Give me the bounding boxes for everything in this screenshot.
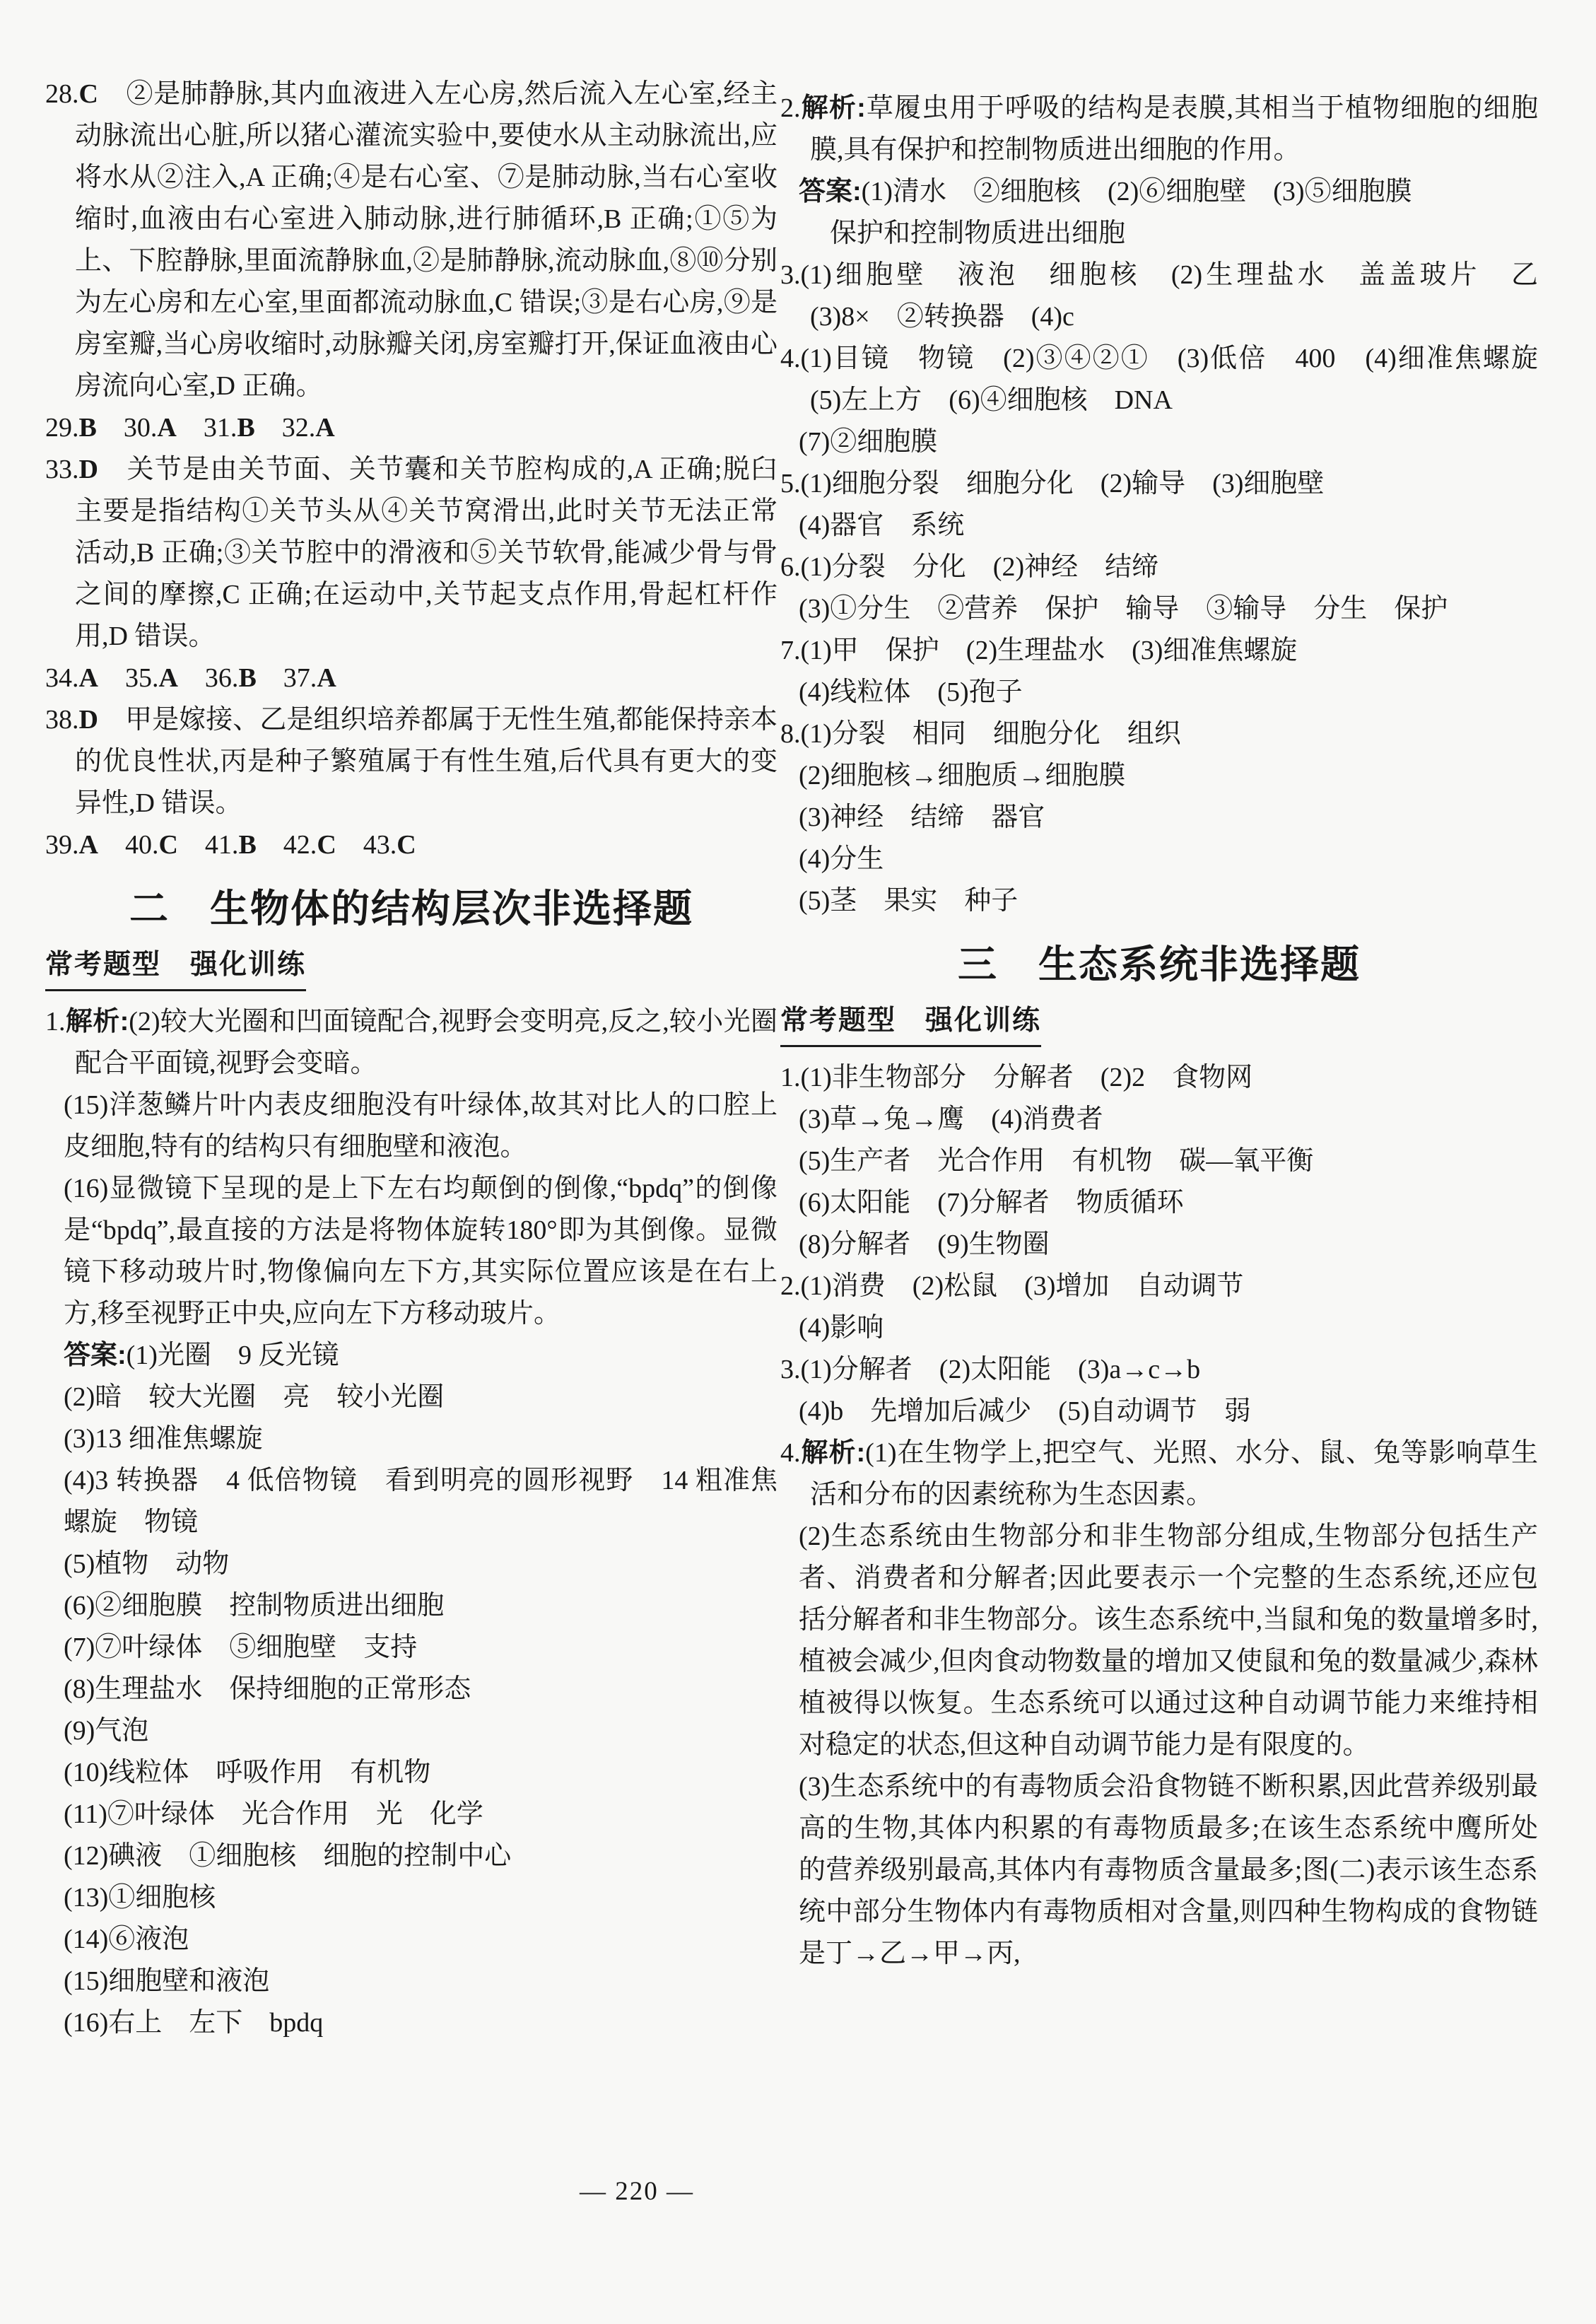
item-number: 34. [45, 663, 79, 693]
answer-subline: (16)右上 左下 bpdq [64, 2002, 778, 2044]
scanned-answer-page: 28.C ②是肺静脉,其内血液进入左心房,然后流入左心室,经主动脉流出心脏,所以… [0, 0, 1596, 2324]
answer-subline: (12)碘液 ①细胞核 细胞的控制中心 [64, 1835, 778, 1877]
answer-text: (4)影响 [799, 1313, 884, 1343]
answer-item: 3.(1)分解者 (2)太阳能 (3)a→c→b [780, 1349, 1538, 1391]
answer-text: (1)甲 保护 (2)生理盐水 (3)细准焦螺旋 [801, 636, 1298, 665]
answer-item: 6.(1)分裂 分化 (2)神经 结缔 [780, 547, 1538, 588]
answer-letter: A [79, 830, 98, 860]
answer-letter: A [79, 663, 98, 693]
answer-text: (1)分裂 分化 (2)神经 结缔 [801, 552, 1159, 582]
answer-item: 1.(1)非生物部分 分解者 (2)2 食物网 [780, 1057, 1538, 1099]
right-column: 2.解析:草履虫用于呼吸的结构是表膜,其相当于植物细胞的细胞膜,具有保护和控制物… [780, 88, 1538, 1975]
bold-label: 答案: [799, 177, 862, 206]
answer-text: (12)碘液 ①细胞核 细胞的控制中心 [64, 1841, 511, 1871]
answer-text: (16)显微镜下呈现的是上下左右均颠倒的倒像,“bpdq”的倒像是“bpdq”,… [64, 1174, 778, 1329]
answer-subline: (3)①分生 ②营养 保护 输导 ③输导 分生 保护 [799, 588, 1538, 630]
answer-letter: D [79, 455, 98, 484]
answer-text: (1)细胞壁 液泡 细胞核 (2)生理盐水 盖盖玻片 乙 (3)8× ②转换器 … [801, 260, 1566, 332]
answer-text: (1)分裂 相同 细胞分化 组织 [801, 719, 1181, 749]
answer-item: 2.解析:草履虫用于呼吸的结构是表膜,其相当于植物细胞的细胞膜,具有保护和控制物… [780, 88, 1538, 171]
item-number: 6. [780, 552, 801, 582]
bold-label: 解析: [66, 1007, 129, 1037]
item-number: 37. [257, 663, 317, 693]
item-number: 43. [336, 830, 397, 860]
answer-text: (4)线粒体 (5)孢子 [799, 677, 1023, 707]
item-number: 33. [45, 455, 79, 484]
answer-text: 保护和控制物质进出细胞 [830, 218, 1125, 248]
answer-item: 1.解析:(2)较大光圈和凹面镜配合,视野会变明亮,反之,较小光圈配合平面镜,视… [45, 1001, 778, 1085]
answer-subline: (2)暗 较大光圈 亮 较小光圈 [64, 1377, 778, 1418]
answer-letter: C [317, 830, 336, 860]
answer-text: (2)较大光圈和凹面镜配合,视野会变明亮,反之,较小光圈配合平面镜,视野会变暗。 [75, 1007, 778, 1078]
page-number: — 220 — [536, 2176, 738, 2207]
answer-text: (10)线粒体 呼吸作用 有机物 [64, 1758, 430, 1787]
item-number: 3. [780, 1355, 801, 1384]
item-number: 1. [45, 1007, 66, 1037]
answer-subline: (2)生态系统由生物部分和非生物部分组成,生物部分包括生产者、消费者和分解者;因… [799, 1516, 1538, 1766]
answer-subline: (14)⑥液泡 [64, 1919, 778, 1961]
answer-text: (1)在生物学上,把空气、光照、水分、鼠、兔等影响草生活和分布的因素统称为生态因… [810, 1438, 1538, 1510]
answer-text: (8)分解者 (9)生物圈 [799, 1230, 1050, 1259]
answer-subline: (9)气泡 [64, 1710, 778, 1752]
answer-text: (11)⑦叶绿体 光合作用 光 化学 [64, 1799, 483, 1829]
answer-subline: 答案:(1)光圈 9 反光镜 [64, 1335, 778, 1377]
exam-type-header-text: 常考题型 强化训练 [45, 949, 306, 991]
answer-item: 28.C ②是肺静脉,其内血液进入左心房,然后流入左心室,经主动脉流出心脏,所以… [45, 74, 778, 407]
answer-text: (1)分解者 (2)太阳能 (3)a→c→b [801, 1355, 1201, 1384]
answer-text: (16)右上 左下 bpdq [64, 2008, 323, 2038]
answer-item: 4.(1)目镜 物镜 (2)③④②① (3)低倍 400 (4)细准焦螺旋 (5… [780, 338, 1538, 421]
exam-type-header: 常考题型 强化训练 [45, 945, 778, 991]
section-title: 二 生物体的结构层次非选择题 [45, 884, 778, 933]
answer-text: 关节是由关节面、关节囊和关节腔构成的,A 正确;脱臼主要是指结构①关节头从④关节… [75, 455, 778, 651]
item-number: 39. [45, 830, 79, 860]
choice-answer-row: 39.A 40.C 41.B 42.C 43.C [45, 824, 778, 866]
answer-subline: (13)①细胞核 [64, 1877, 778, 1919]
answer-text: (1)清水 ②细胞核 (2)⑥细胞壁 (3)⑤细胞膜 [862, 177, 1412, 206]
answer-text: (7)②细胞膜 [799, 427, 937, 457]
answer-subline: (5)茎 果实 种子 [799, 880, 1538, 922]
answer-subline: (3)生态系统中的有毒物质会沿食物链不断积累,因此营养级别最高的生物,其体内积累… [799, 1766, 1538, 1975]
answer-subline: (11)⑦叶绿体 光合作用 光 化学 [64, 1794, 778, 1835]
left-column: 28.C ②是肺静脉,其内血液进入左心房,然后流入左心室,经主动脉流出心脏,所以… [45, 74, 778, 2044]
answer-text: (4)器官 系统 [799, 510, 964, 540]
item-number: 4. [780, 1438, 801, 1468]
answer-text: (3)草→兔→鹰 (4)消费者 [799, 1104, 1103, 1134]
answer-text: (2)细胞核→细胞质→细胞膜 [799, 761, 1125, 790]
answer-text: (1)目镜 物镜 (2)③④②① (3)低倍 400 (4)细准焦螺旋 (5)左… [801, 344, 1566, 415]
answer-letter: D [79, 705, 98, 735]
item-number: 38. [45, 705, 79, 735]
answer-subline: (3)草→兔→鹰 (4)消费者 [799, 1099, 1538, 1140]
answer-letter: C [397, 830, 416, 860]
item-number: 29. [45, 413, 79, 443]
answer-text: (5)茎 果实 种子 [799, 886, 1018, 916]
item-number: 1. [780, 1063, 801, 1092]
item-number: 5. [780, 469, 801, 498]
answer-subline: (4)3 转换器 4 低倍物镜 看到明亮的圆形视野 14 粗准焦螺旋 物镜 [64, 1460, 778, 1543]
item-number: 2. [780, 93, 801, 123]
answer-subline: (6)②细胞膜 控制物质进出细胞 [64, 1585, 778, 1627]
answer-subline: (4)b 先增加后减少 (5)自动调节 弱 [799, 1391, 1538, 1432]
item-number: 8. [780, 719, 801, 749]
answer-text: (3)生态系统中的有毒物质会沿食物链不断积累,因此营养级别最高的生物,其体内积累… [799, 1772, 1538, 1968]
answer-letter: C [79, 79, 98, 109]
item-number: 28. [45, 79, 79, 109]
answer-subline: (4)器官 系统 [799, 505, 1538, 547]
answer-letter: A [315, 413, 334, 443]
section-title: 三 生态系统非选择题 [780, 940, 1538, 989]
answer-text: (2)生态系统由生物部分和非生物部分组成,生物部分包括生产者、消费者和分解者;因… [799, 1522, 1538, 1760]
answer-text: (8)生理盐水 保持细胞的正常形态 [64, 1674, 471, 1704]
answer-letter: A [157, 413, 176, 443]
item-number: 40. [98, 830, 159, 860]
answer-letter: A [158, 663, 177, 693]
bold-label: 解析: [801, 1438, 866, 1468]
answer-text: ②是肺静脉,其内血液进入左心房,然后流入左心室,经主动脉流出心脏,所以猪心灌流实… [75, 79, 778, 401]
answer-text: (1)光圈 9 反光镜 [127, 1341, 339, 1370]
item-number: 35. [98, 663, 159, 693]
answer-subline: (7)⑦叶绿体 ⑤细胞壁 支持 [64, 1627, 778, 1669]
answer-subline: (15)洋葱鳞片叶内表皮细胞没有叶绿体,故其对比人的口腔上皮细胞,特有的结构只有… [64, 1085, 778, 1168]
section-title-text: 二 生物体的结构层次非选择题 [129, 887, 693, 930]
answer-text: (4)b 先增加后减少 (5)自动调节 弱 [799, 1396, 1251, 1426]
item-number: 32. [255, 413, 316, 443]
answer-item: 33.D 关节是由关节面、关节囊和关节腔构成的,A 正确;脱臼主要是指结构①关节… [45, 449, 778, 658]
item-number: 31. [177, 413, 237, 443]
item-number: 30. [97, 413, 158, 443]
answer-item: 38.D 甲是嫁接、乙是组织培养都属于无性生殖,都能保持亲本的优良性状,丙是种子… [45, 699, 778, 824]
item-number: 4. [780, 344, 801, 373]
answer-subline: (4)分生 [799, 839, 1538, 880]
item-number: 41. [178, 830, 239, 860]
answer-item: 7.(1)甲 保护 (2)生理盐水 (3)细准焦螺旋 [780, 630, 1538, 672]
exam-type-header-text: 常考题型 强化训练 [780, 1005, 1041, 1047]
answer-subline: 答案:(1)清水 ②细胞核 (2)⑥细胞壁 (3)⑤细胞膜 [799, 171, 1538, 213]
answer-text: 草履虫用于呼吸的结构是表膜,其相当于植物细胞的细胞膜,具有保护和控制物质进出细胞… [810, 93, 1538, 165]
item-number: 42. [257, 830, 317, 860]
answer-item: 8.(1)分裂 相同 细胞分化 组织 [780, 713, 1538, 755]
answer-letter: B [237, 413, 254, 443]
answer-item: 4.解析:(1)在生物学上,把空气、光照、水分、鼠、兔等影响草生活和分布的因素统… [780, 1432, 1538, 1516]
answer-text: (5)生产者 光合作用 有机物 碳—氧平衡 [799, 1146, 1313, 1176]
answer-text: (13)①细胞核 [64, 1883, 216, 1913]
choice-answer-row: 29.B 30.A 31.B 32.A [45, 407, 778, 449]
choice-answer-row: 34.A 35.A 36.B 37.A [45, 658, 778, 699]
answer-text: (1)非生物部分 分解者 (2)2 食物网 [801, 1063, 1253, 1092]
item-number: 36. [178, 663, 239, 693]
answer-subline: (5)植物 动物 [64, 1543, 778, 1585]
bold-label: 答案: [64, 1341, 127, 1370]
answer-text: (9)气泡 [64, 1716, 148, 1746]
answer-text: (1)细胞分裂 细胞分化 (2)输导 (3)细胞壁 [801, 469, 1325, 498]
answer-subline: (4)影响 [799, 1307, 1538, 1349]
answer-subline: (10)线粒体 呼吸作用 有机物 [64, 1752, 778, 1794]
answer-text: (4)3 转换器 4 低倍物镜 看到明亮的圆形视野 14 粗准焦螺旋 物镜 [64, 1466, 778, 1537]
answer-subline: (4)线粒体 (5)孢子 [799, 672, 1538, 713]
answer-text: (5)植物 动物 [64, 1549, 229, 1579]
answer-text: (6)②细胞膜 控制物质进出细胞 [64, 1591, 444, 1621]
answer-text: (15)洋葱鳞片叶内表皮细胞没有叶绿体,故其对比人的口腔上皮细胞,特有的结构只有… [64, 1090, 778, 1162]
answer-subline: (3)神经 结缔 器官 [799, 797, 1538, 839]
answer-text: (4)分生 [799, 844, 884, 874]
answer-text: 甲是嫁接、乙是组织培养都属于无性生殖,都能保持亲本的优良性状,丙是种子繁殖属于有… [75, 705, 778, 818]
answer-subline: (2)细胞核→细胞质→细胞膜 [799, 755, 1538, 797]
answer-letter: C [158, 830, 177, 860]
answer-subline: (7)②细胞膜 [799, 421, 1538, 463]
section-title-text: 三 生态系统非选择题 [958, 942, 1361, 986]
exam-type-header: 常考题型 强化训练 [780, 1000, 1538, 1047]
answer-letter: B [238, 830, 256, 860]
answer-subline: (15)细胞壁和液泡 [64, 1961, 778, 2002]
answer-subline: (8)生理盐水 保持细胞的正常形态 [64, 1669, 778, 1710]
answer-subline: (16)显微镜下呈现的是上下左右均颠倒的倒像,“bpdq”的倒像是“bpdq”,… [64, 1168, 778, 1335]
answer-text: (3)13 细准焦螺旋 [64, 1424, 263, 1454]
answer-item: 2.(1)消费 (2)松鼠 (3)增加 自动调节 [780, 1266, 1538, 1307]
answer-subline: (3)13 细准焦螺旋 [64, 1418, 778, 1460]
answer-text: (3)神经 结缔 器官 [799, 802, 1045, 832]
answer-letter: A [317, 663, 336, 693]
answer-continuation: 保护和控制物质进出细胞 [830, 213, 1538, 255]
answer-text: (2)暗 较大光圈 亮 较小光圈 [64, 1382, 444, 1412]
item-number: 3. [780, 260, 801, 290]
answer-text: (14)⑥液泡 [64, 1925, 189, 1954]
answer-letter: B [79, 413, 97, 443]
answer-text: (6)太阳能 (7)分解者 物质循环 [799, 1188, 1184, 1218]
answer-subline: (5)生产者 光合作用 有机物 碳—氧平衡 [799, 1140, 1538, 1182]
answer-text: (1)消费 (2)松鼠 (3)增加 自动调节 [801, 1271, 1244, 1301]
answer-text: (3)①分生 ②营养 保护 输导 ③输导 分生 保护 [799, 594, 1448, 624]
item-number: 7. [780, 636, 801, 665]
answer-text: (15)细胞壁和液泡 [64, 1966, 269, 1996]
item-number: 2. [780, 1271, 801, 1301]
answer-text: (7)⑦叶绿体 ⑤细胞壁 支持 [64, 1633, 417, 1662]
answer-subline: (8)分解者 (9)生物圈 [799, 1224, 1538, 1266]
answer-subline: (6)太阳能 (7)分解者 物质循环 [799, 1182, 1538, 1224]
answer-item: 3.(1)细胞壁 液泡 细胞核 (2)生理盐水 盖盖玻片 乙 (3)8× ②转换… [780, 255, 1538, 338]
answer-letter: B [238, 663, 256, 693]
answer-item: 5.(1)细胞分裂 细胞分化 (2)输导 (3)细胞壁 [780, 463, 1538, 505]
bold-label: 解析: [801, 93, 866, 123]
